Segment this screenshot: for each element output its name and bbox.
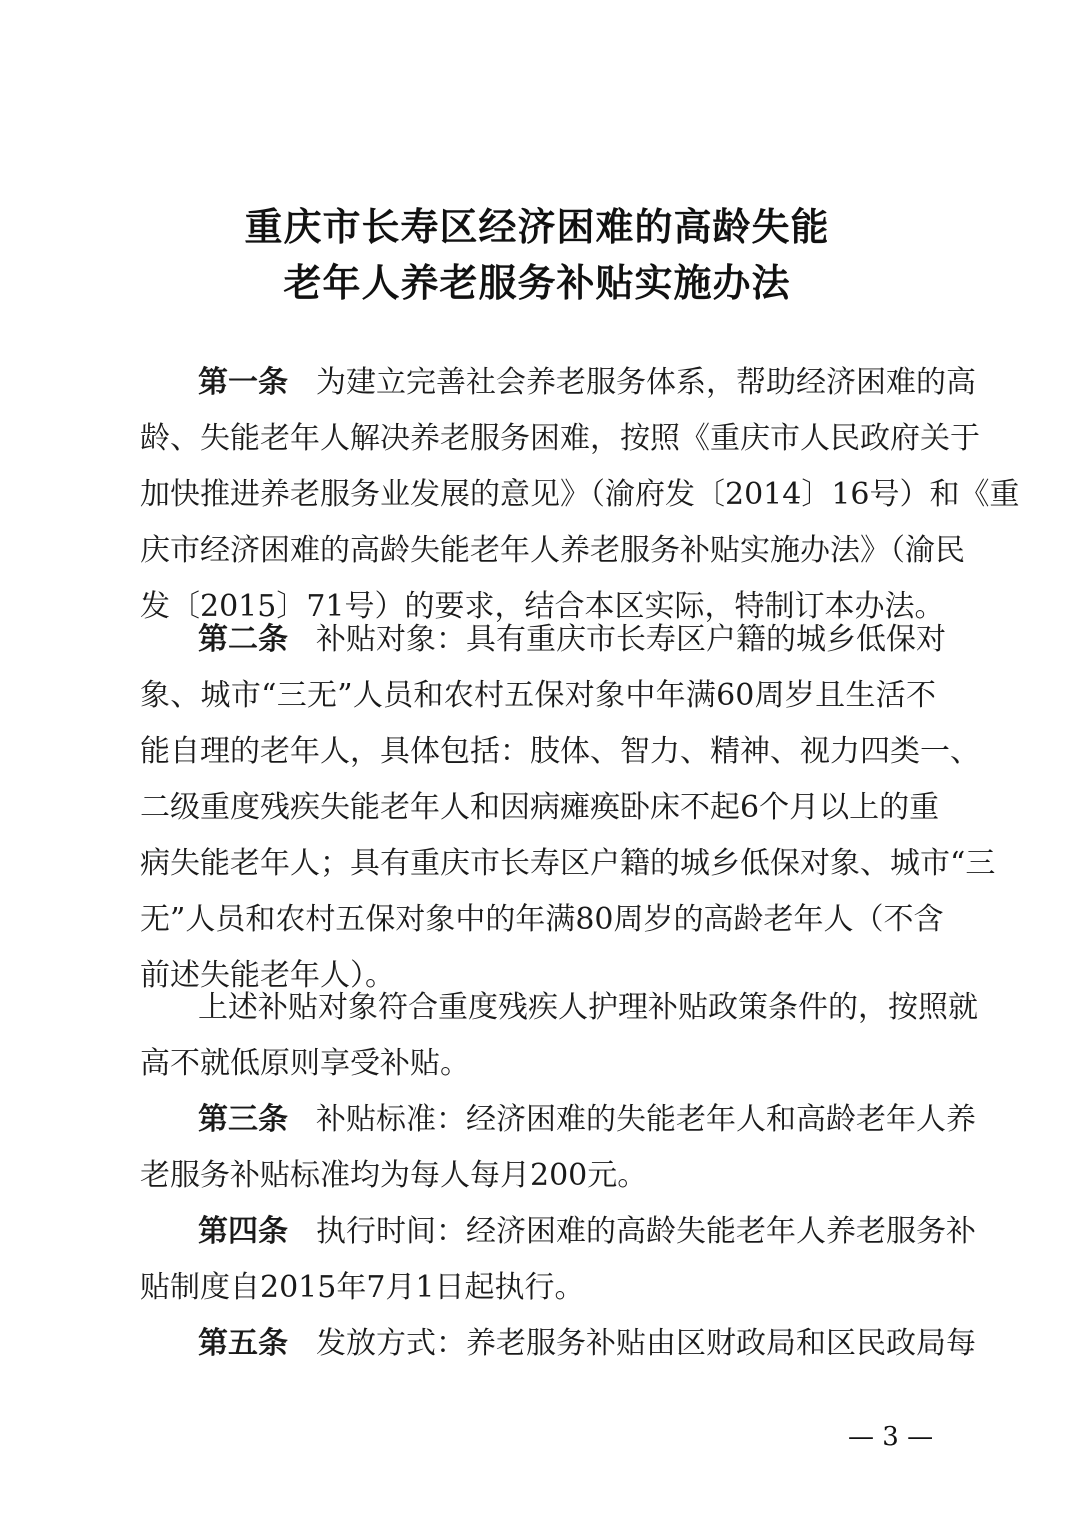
article-label: 第五条 [198, 1326, 288, 1361]
article-4-line-2: 贴制度自2015年7月1日起执行。 [140, 1268, 936, 1308]
page-number: — 3 — [848, 1422, 933, 1452]
article-label: 第一条 [198, 365, 288, 400]
article-2-line-4: 二级重度残疾失能老年人和因病瘫痪卧床不起6个月以上的重 [140, 788, 936, 828]
article-label: 第三条 [198, 1102, 288, 1137]
article-3-line-2: 老服务补贴标准均为每人每月200元。 [140, 1156, 936, 1196]
document-title-line-1: 重庆市长寿区经济困难的高龄失能 [0, 196, 1074, 251]
article-3-line-1: 第三条补贴标准：经济困难的失能老年人和高龄老年人养 [198, 1100, 936, 1140]
article-1-line-1: 第一条为建立完善社会养老服务体系，帮助经济困难的高 [198, 363, 936, 403]
article-1-line-2: 龄、失能老年人解决养老服务困难，按照《重庆市人民政府关于 [140, 419, 936, 459]
paragraph-supplement-line-1: 上述补贴对象符合重度残疾人护理补贴政策条件的，按照就 [198, 988, 936, 1028]
document-title-line-2: 老年人养老服务补贴实施办法 [0, 252, 1074, 307]
article-1-line-3: 加快推进养老服务业发展的意见》（渝府发〔2014〕16号）和《重 [140, 475, 936, 515]
paragraph-supplement-line-2: 高不就低原则享受补贴。 [140, 1044, 936, 1084]
article-2-line-6: 无”人员和农村五保对象中的年满80周岁的高龄老年人（不含 [140, 900, 936, 940]
article-label: 第四条 [198, 1214, 288, 1249]
article-4-line-1: 第四条执行时间：经济困难的高龄失能老年人养老服务补 [198, 1212, 936, 1252]
article-5-line-1: 第五条发放方式：养老服务补贴由区财政局和区民政局每 [198, 1324, 936, 1364]
article-2-line-5: 病失能老年人；具有重庆市长寿区户籍的城乡低保对象、城市“三 [140, 844, 936, 884]
article-label: 第二条 [198, 622, 288, 657]
article-1-line-4: 庆市经济困难的高龄失能老年人养老服务补贴实施办法》（渝民 [140, 531, 936, 571]
article-2-line-1: 第二条补贴对象：具有重庆市长寿区户籍的城乡低保对 [198, 620, 936, 660]
article-2-line-2: 象、城市“三无”人员和农村五保对象中年满60周岁且生活不 [140, 676, 936, 716]
article-2-line-3: 能自理的老年人，具体包括：肢体、智力、精神、视力四类一、 [140, 732, 936, 772]
